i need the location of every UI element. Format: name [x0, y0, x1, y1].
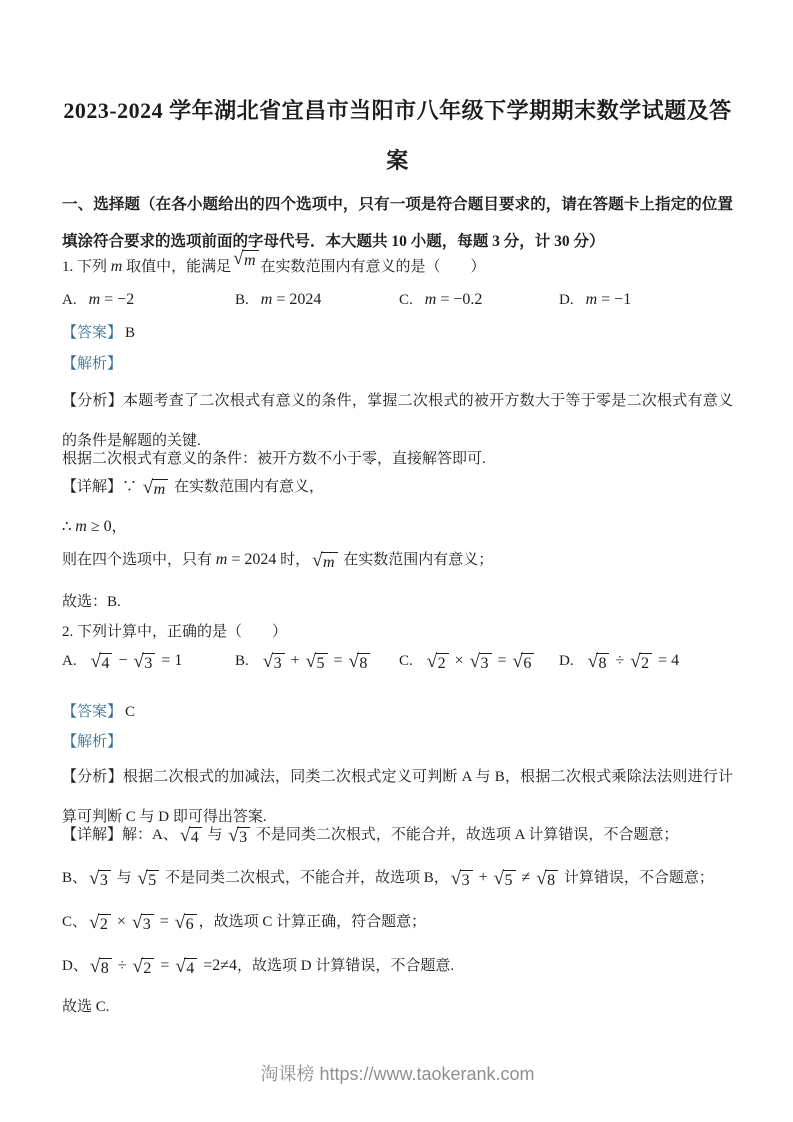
question-2-answer-line: 【答案】C	[62, 699, 733, 726]
question-1-detail-line-3: 则在四个选项中，只有 m = 2024 时，√m 在实数范围内有意义；	[62, 546, 733, 574]
question-1-conclusion: 故选：B.	[62, 589, 733, 616]
option-letter: C.	[399, 292, 413, 308]
exam-document-page: 2023-2024 学年湖北省宜昌市当阳市八年级下学期期末数学试题及答案 一、选…	[0, 0, 793, 1122]
answer-label: 【答案】	[62, 325, 122, 341]
option-formula: m = −1	[586, 292, 632, 308]
option-formula: m = −2	[89, 292, 135, 308]
question-2-option-c: C.√2 × √3 = √6	[399, 652, 536, 673]
sqrt-radical: √6	[513, 653, 535, 673]
question-1-option-a: A.m = −2	[62, 291, 134, 309]
question-2-option-d: D.√8 ÷ √2 = 4	[559, 652, 679, 673]
question-2-detail-line-c: C、√2 × √3 = √6，故选项 C 计算正确，符合题意；	[62, 908, 733, 936]
option-formula: √4 − √3 = 1	[89, 653, 183, 669]
sqrt-radical: √2	[630, 653, 652, 673]
analysis-label: 【解析】	[62, 356, 122, 372]
sqrt-radical: √2	[132, 958, 154, 978]
sqrt-radical: √m	[312, 552, 337, 572]
sqrt-radical: √3	[228, 827, 250, 847]
footer: 淘课榜 https://www.taokerank.com	[62, 1060, 733, 1086]
option-formula: m = −0.2	[425, 292, 483, 308]
question-1-option-d: D.m = −1	[559, 291, 631, 309]
sqrt-radical: √3	[132, 914, 154, 934]
question-1-options: A.m = −2 B.m = 2024 C.m = −0.2 D.m = −1	[62, 291, 733, 323]
section-heading: 一、选择题（在各小题给出的四个选项中，只有一项是符合题目要求的，请在答题卡上指定…	[62, 186, 733, 260]
answer-value: C	[125, 704, 135, 720]
option-letter: B.	[235, 292, 249, 308]
sqrt-radical: √4	[180, 827, 202, 847]
sqrt-radical: √3	[451, 870, 473, 890]
question-1-detail-line-2: ∴ m ≥ 0，	[62, 513, 733, 541]
answer-label: 【答案】	[62, 704, 122, 720]
question-1-detail-line-1: 【详解】∵ √m 在实数范围内有意义，	[62, 474, 733, 501]
question-2-conclusion: 故选 C.	[62, 994, 733, 1021]
option-letter: B.	[235, 653, 249, 669]
option-formula: √3 + √5 = √8	[261, 653, 373, 669]
question-2-option-b: B.√3 + √5 = √8	[235, 652, 372, 673]
option-formula: √2 × √3 = √6	[425, 653, 537, 669]
question-1-option-b: B.m = 2024	[235, 291, 321, 309]
question-2-analysis-label-line: 【解析】	[62, 729, 733, 756]
sqrt-radical: √2	[427, 653, 449, 673]
option-formula: √8 ÷ √2 = 4	[586, 653, 680, 669]
option-letter: D.	[559, 292, 574, 308]
sqrt-radical: √3	[263, 653, 285, 673]
question-1-answer-line: 【答案】B	[62, 320, 733, 347]
analysis-label: 【解析】	[62, 734, 122, 750]
question-2-detail-line-d: D、√8 ÷ √2 = √4 =2≠4，故选项 D 计算错误，不合题意.	[62, 952, 733, 980]
sqrt-radical: √5	[494, 870, 516, 890]
option-letter: C.	[399, 653, 413, 669]
question-1-analysis-label-line: 【解析】	[62, 351, 733, 378]
sqrt-radical: √m	[143, 479, 168, 499]
option-letter: A.	[62, 653, 77, 669]
sqrt-radical: √2	[89, 914, 111, 934]
question-2-options: A.√4 − √3 = 1 B.√3 + √5 = √8 C.√2 × √3 =…	[62, 652, 733, 684]
footer-site-name: 淘课榜	[260, 1064, 314, 1084]
question-1-option-c: C.m = −0.2	[399, 291, 482, 309]
sqrt-radical: √3	[470, 653, 492, 673]
sqrt-radical: √5	[306, 653, 328, 673]
sqrt-radical: √m	[233, 250, 258, 270]
sqrt-radical: √8	[536, 870, 558, 890]
question-2-detail-line-b: B、√3 与 √5 不是同类二次根式，不能合并，故选项 B，√3 + √5 ≠ …	[62, 864, 733, 892]
sqrt-radical: √3	[89, 870, 111, 890]
option-letter: A.	[62, 292, 77, 308]
question-2-stem: 2. 下列计算中，正确的是（ ）	[62, 619, 733, 646]
sqrt-radical: √8	[588, 653, 610, 673]
sqrt-radical: √6	[175, 914, 197, 934]
sqrt-radical: √5	[137, 870, 159, 890]
document-title: 2023-2024 学年湖北省宜昌市当阳市八年级下学期期末数学试题及答案	[62, 86, 733, 186]
sqrt-radical: √8	[349, 653, 371, 673]
sqrt-radical: √8	[90, 958, 112, 978]
question-2-detail-line-a: 【详解】解：A、√4 与 √3 不是同类二次根式，不能合并，故选项 A 计算错误…	[62, 822, 733, 849]
answer-value: B	[125, 325, 135, 341]
sqrt-radical: √3	[133, 653, 155, 673]
option-formula: m = 2024	[261, 292, 322, 308]
sqrt-radical: √4	[175, 958, 197, 978]
sqrt-radical: √4	[91, 653, 113, 673]
footer-site-url[interactable]: https://www.taokerank.com	[319, 1064, 534, 1084]
option-letter: D.	[559, 653, 574, 669]
question-2-option-a: A.√4 − √3 = 1	[62, 652, 182, 673]
question-1-method-line: 根据二次根式有意义的条件：被开方数不小于零，直接解答即可.	[62, 446, 733, 473]
question-1-stem: 1. 下列 m 取值中，能满足√m在实数范围内有意义的是（ ）	[62, 250, 733, 281]
